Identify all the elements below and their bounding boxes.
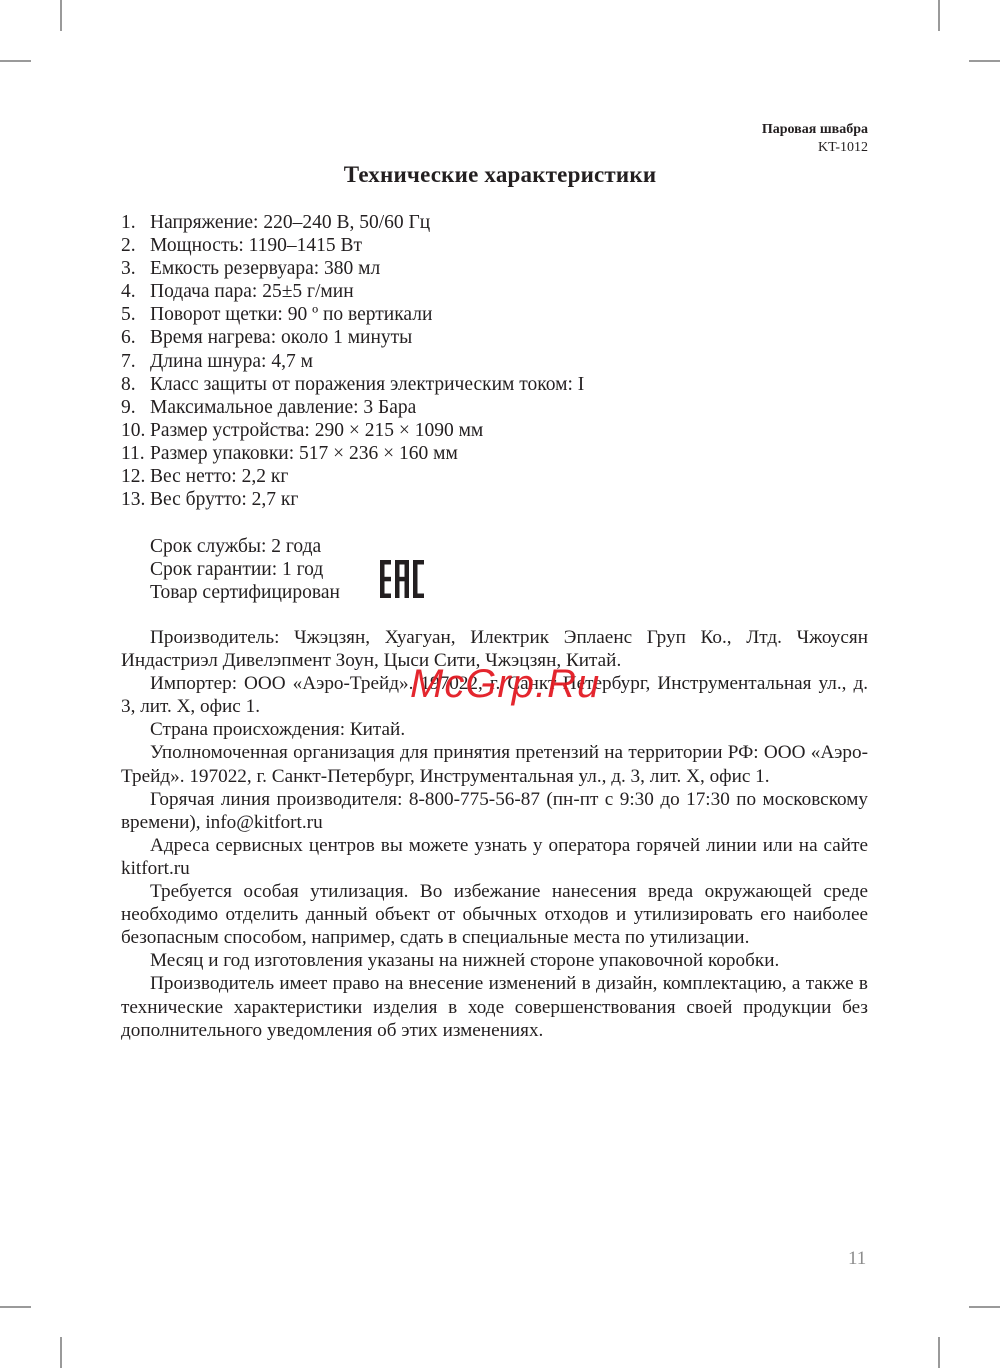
- spec-text: Емкость резервуара: 380 мл: [150, 257, 380, 280]
- eac-certification-icon: [380, 560, 424, 598]
- crop-mark-top-left-vertical: [60, 0, 62, 31]
- running-header: Паровая швабра KT-1012: [762, 121, 868, 157]
- page-title: Технические характеристики: [0, 162, 1000, 188]
- paragraph: Требуется особая утилизация. Во избежани…: [121, 880, 868, 949]
- warranty-period: Срок гарантии: 1 год: [150, 558, 340, 581]
- spec-number: 6.: [121, 326, 150, 349]
- paragraph: Уполномоченная организация для принятия …: [121, 741, 868, 787]
- spec-list: 1.Напряжение: 220–240 В, 50/60 Гц2.Мощно…: [121, 211, 584, 511]
- crop-mark-bottom-right-horizontal: [969, 1306, 1000, 1308]
- spec-number: 2.: [121, 234, 150, 257]
- crop-mark-bottom-right-vertical: [938, 1337, 940, 1368]
- spec-number: 1.: [121, 211, 150, 234]
- spec-text: Подача пара: 25±5 г/мин: [150, 280, 354, 303]
- spec-item: 6.Время нагрева: около 1 минуты: [121, 326, 584, 349]
- spec-text: Класс защиты от поражения электрическим …: [150, 373, 584, 396]
- crop-mark-bottom-left-horizontal: [0, 1306, 31, 1308]
- watermark: McGrp.Ru: [410, 662, 600, 707]
- service-life: Срок службы: 2 года: [150, 535, 340, 558]
- spec-item: 5.Поворот щетки: 90 º по вертикали: [121, 303, 584, 326]
- spec-item: 13.Вес брутто: 2,7 кг: [121, 488, 584, 511]
- spec-number: 11.: [121, 442, 150, 465]
- spec-text: Напряжение: 220–240 В, 50/60 Гц: [150, 211, 430, 234]
- spec-text: Мощность: 1190–1415 Вт: [150, 234, 362, 257]
- product-type: Паровая швабра: [762, 121, 868, 139]
- crop-mark-top-right-horizontal: [969, 60, 1000, 62]
- paragraph: Страна происхождения: Китай.: [121, 718, 868, 741]
- spec-item: 7.Длина шнура: 4,7 м: [121, 350, 584, 373]
- spec-number: 8.: [121, 373, 150, 396]
- spec-item: 12.Вес нетто: 2,2 кг: [121, 465, 584, 488]
- spec-item: 4.Подача пара: 25±5 г/мин: [121, 280, 584, 303]
- spec-text: Поворот щетки: 90 º по вертикали: [150, 303, 432, 326]
- paragraph: Месяц и год изготовления указаны на нижн…: [121, 949, 868, 972]
- spec-number: 5.: [121, 303, 150, 326]
- crop-mark-bottom-left-vertical: [60, 1337, 62, 1368]
- page-number: 11: [848, 1248, 866, 1270]
- spec-number: 3.: [121, 257, 150, 280]
- spec-number: 7.: [121, 350, 150, 373]
- spec-text: Размер упаковки: 517 × 236 × 160 мм: [150, 442, 458, 465]
- spec-item: 10.Размер устройства: 290 × 215 × 1090 м…: [121, 419, 584, 442]
- spec-text: Длина шнура: 4,7 м: [150, 350, 313, 373]
- spec-number: 9.: [121, 396, 150, 419]
- spec-number: 13.: [121, 488, 150, 511]
- paragraph: Горячая линия производителя: 8-800-775-5…: [121, 788, 868, 834]
- spec-item: 1.Напряжение: 220–240 В, 50/60 Гц: [121, 211, 584, 234]
- spec-number: 4.: [121, 280, 150, 303]
- spec-number: 10.: [121, 419, 150, 442]
- spec-text: Максимальное давление: 3 Бара: [150, 396, 416, 419]
- spec-text: Вес нетто: 2,2 кг: [150, 465, 288, 488]
- spec-text: Время нагрева: около 1 минуты: [150, 326, 412, 349]
- spec-item: 3.Емкость резервуара: 380 мл: [121, 257, 584, 280]
- spec-number: 12.: [121, 465, 150, 488]
- model-number: KT-1012: [762, 139, 868, 157]
- spec-text: Вес брутто: 2,7 кг: [150, 488, 298, 511]
- certification-note: Товар сертифицирован: [150, 581, 340, 604]
- service-info: Срок службы: 2 года Срок гарантии: 1 год…: [150, 535, 340, 604]
- spec-item: 9.Максимальное давление: 3 Бара: [121, 396, 584, 419]
- spec-item: 2.Мощность: 1190–1415 Вт: [121, 234, 584, 257]
- crop-mark-top-left-horizontal: [0, 60, 31, 62]
- spec-text: Размер устройства: 290 × 215 × 1090 мм: [150, 419, 483, 442]
- spec-item: 11.Размер упаковки: 517 × 236 × 160 мм: [121, 442, 584, 465]
- paragraph: Адреса сервисных центров вы можете узнат…: [121, 834, 868, 880]
- crop-mark-top-right-vertical: [938, 0, 940, 31]
- paragraph: Производитель имеет право на внесение из…: [121, 972, 868, 1041]
- spec-item: 8.Класс защиты от поражения электрически…: [121, 373, 584, 396]
